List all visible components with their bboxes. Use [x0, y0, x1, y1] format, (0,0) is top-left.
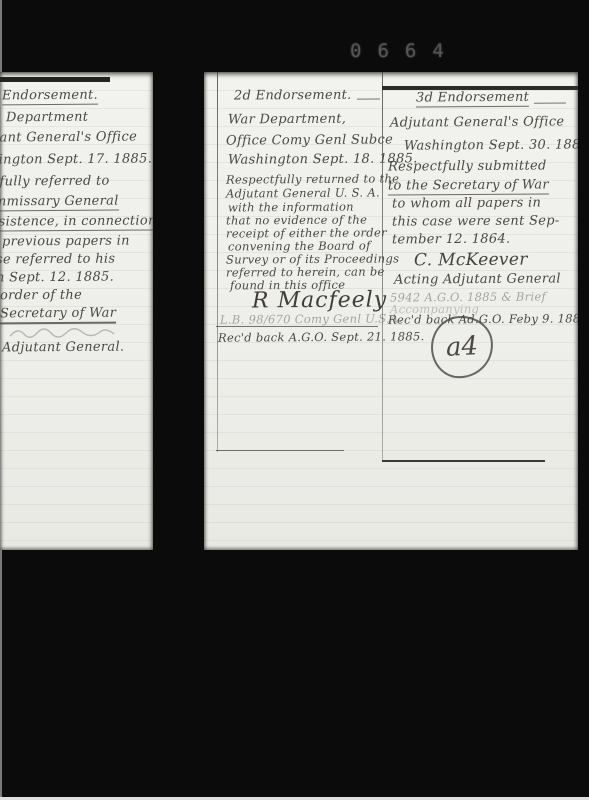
- e2-line-2-text: Office Comy Genl Subce: [226, 132, 393, 148]
- e3-line-3-text: Respectfully submitted: [388, 158, 547, 174]
- e3-line-7: tember 12. 1864.: [392, 232, 511, 248]
- endorsement-2-received-overline: [216, 326, 378, 327]
- endorsement-3-signer-title: Acting Adjutant General: [394, 271, 561, 287]
- endorsement-2-docket: L.B. 98/670 Comy Genl U.S.A.: [220, 311, 403, 326]
- e3-line-3: Respectfully submitted: [388, 158, 547, 174]
- e3-line-1: Adjutant General's Office: [390, 114, 564, 130]
- e2-line-4: Respectfully returned to the: [226, 171, 399, 186]
- endorsement-2-received-text: Rec'd back A.G.O. Sept. 21. 1885.: [218, 329, 425, 344]
- left-line-2: Department: [6, 110, 88, 126]
- left-line-11-text: order of the: [0, 288, 82, 304]
- endorsement-2-signature: R Macfeely: [252, 288, 387, 314]
- circled-file-mark: a4: [429, 314, 494, 379]
- endorsement-2-heading-rule: [357, 98, 380, 99]
- left-line-3-text: tant General's Office: [0, 130, 137, 146]
- left-line-5: tfully referred to: [0, 174, 110, 190]
- endorsement-3-signature-text: C. McKeever: [414, 250, 528, 271]
- left-line-8-text: previous papers in: [2, 234, 130, 250]
- e3-line-6: this case were sent Sep-: [392, 213, 560, 229]
- page-number-stamp: 0664: [350, 40, 460, 62]
- e3-line-4: to the Secretary of War: [388, 177, 549, 193]
- e2-line-2: Office Comy Genl Subce: [226, 132, 393, 148]
- e2-line-5-text: Adjutant General U. S. A.: [226, 185, 380, 200]
- circled-file-mark-text: a4: [445, 331, 479, 363]
- left-line-12-text: Secretary of War: [0, 306, 116, 325]
- left-line-2-text: Department: [6, 110, 88, 126]
- left-line-1-text: Endorsement.: [2, 88, 98, 106]
- endorsement-2-docket-text: L.B. 98/670 Comy Genl U.S.A.: [220, 311, 403, 326]
- main-endorsement-page: 2d Endorsement. War Department, Office C…: [204, 72, 578, 550]
- left-line-1: Endorsement.: [2, 88, 98, 104]
- left-line-4-text: hington Sept. 17. 1885.: [0, 151, 152, 167]
- left-line-3: tant General's Office: [0, 130, 137, 146]
- left-line-6-text: mmissary General: [0, 194, 119, 212]
- endorsement-3-signature: C. McKeever: [414, 250, 528, 271]
- e3-line-2: Washington Sept. 30. 1885.: [404, 137, 578, 153]
- left-line-4: hington Sept. 17. 1885.: [0, 151, 152, 167]
- left-line-8: previous papers in: [2, 234, 130, 250]
- left-line-12: Secretary of War: [0, 306, 116, 322]
- endorsement-2-received: Rec'd back A.G.O. Sept. 21. 1885.: [218, 329, 425, 344]
- left-line-10: n Sept. 12. 1885.: [0, 270, 114, 286]
- middle-column-left-border: [217, 72, 218, 452]
- e3-line-4-text: to the Secretary of War: [388, 177, 549, 195]
- left-line-7: bsistence, in connection: [0, 213, 153, 229]
- e3-line-7-text: tember 12. 1864.: [392, 232, 511, 248]
- left-line-7-text: bsistence, in connection: [0, 213, 153, 231]
- e2-line-4-text: Respectfully returned to the: [226, 171, 399, 186]
- endorsement-3-heading-text: 3d Endorsement: [416, 90, 529, 108]
- left-line-5-text: tfully referred to: [0, 174, 110, 190]
- left-page-top-rule: [0, 77, 110, 82]
- e3-line-1-text: Adjutant General's Office: [390, 114, 564, 130]
- endorsement-3-heading-rule: [534, 102, 566, 103]
- scanned-document-photo: { "scan": { "stamp_number": "0664" }, "l…: [0, 0, 589, 800]
- endorsement-2-heading-text: 2d Endorsement.: [234, 88, 352, 104]
- middle-column-bottom-rule: [216, 450, 344, 451]
- left-line-6: mmissary General: [0, 194, 119, 210]
- endorsement-3-signer-title-text: Acting Adjutant General: [394, 271, 561, 287]
- e2-line-1: War Department,: [228, 112, 346, 128]
- left-line-9: se referred to his: [0, 252, 115, 268]
- right-column-bottom-rule: [382, 460, 545, 462]
- left-line-13: Adjutant General.: [2, 340, 124, 356]
- endorsement-2-signature-text: R Macfeely: [252, 288, 387, 314]
- e3-line-5-text: to whom all papers in: [392, 195, 541, 211]
- left-line-11: order of the: [0, 288, 82, 304]
- e3-line-2-text: Washington Sept. 30. 1885.: [404, 137, 578, 153]
- left-partial-page: Endorsement. Department tant General's O…: [0, 72, 153, 550]
- e2-line-5: Adjutant General U. S. A.: [226, 185, 380, 200]
- endorsement-3-heading: 3d Endorsement: [416, 89, 566, 107]
- e3-line-5: to whom all papers in: [392, 195, 541, 211]
- left-line-10-text: n Sept. 12. 1885.: [0, 270, 114, 286]
- left-line-9-text: se referred to his: [0, 252, 115, 268]
- endorsement-2-heading: 2d Endorsement.: [234, 87, 380, 103]
- left-line-13-text: Adjutant General.: [2, 340, 124, 356]
- e3-line-6-text: this case were sent Sep-: [392, 213, 560, 229]
- e2-line-1-text: War Department,: [228, 112, 346, 128]
